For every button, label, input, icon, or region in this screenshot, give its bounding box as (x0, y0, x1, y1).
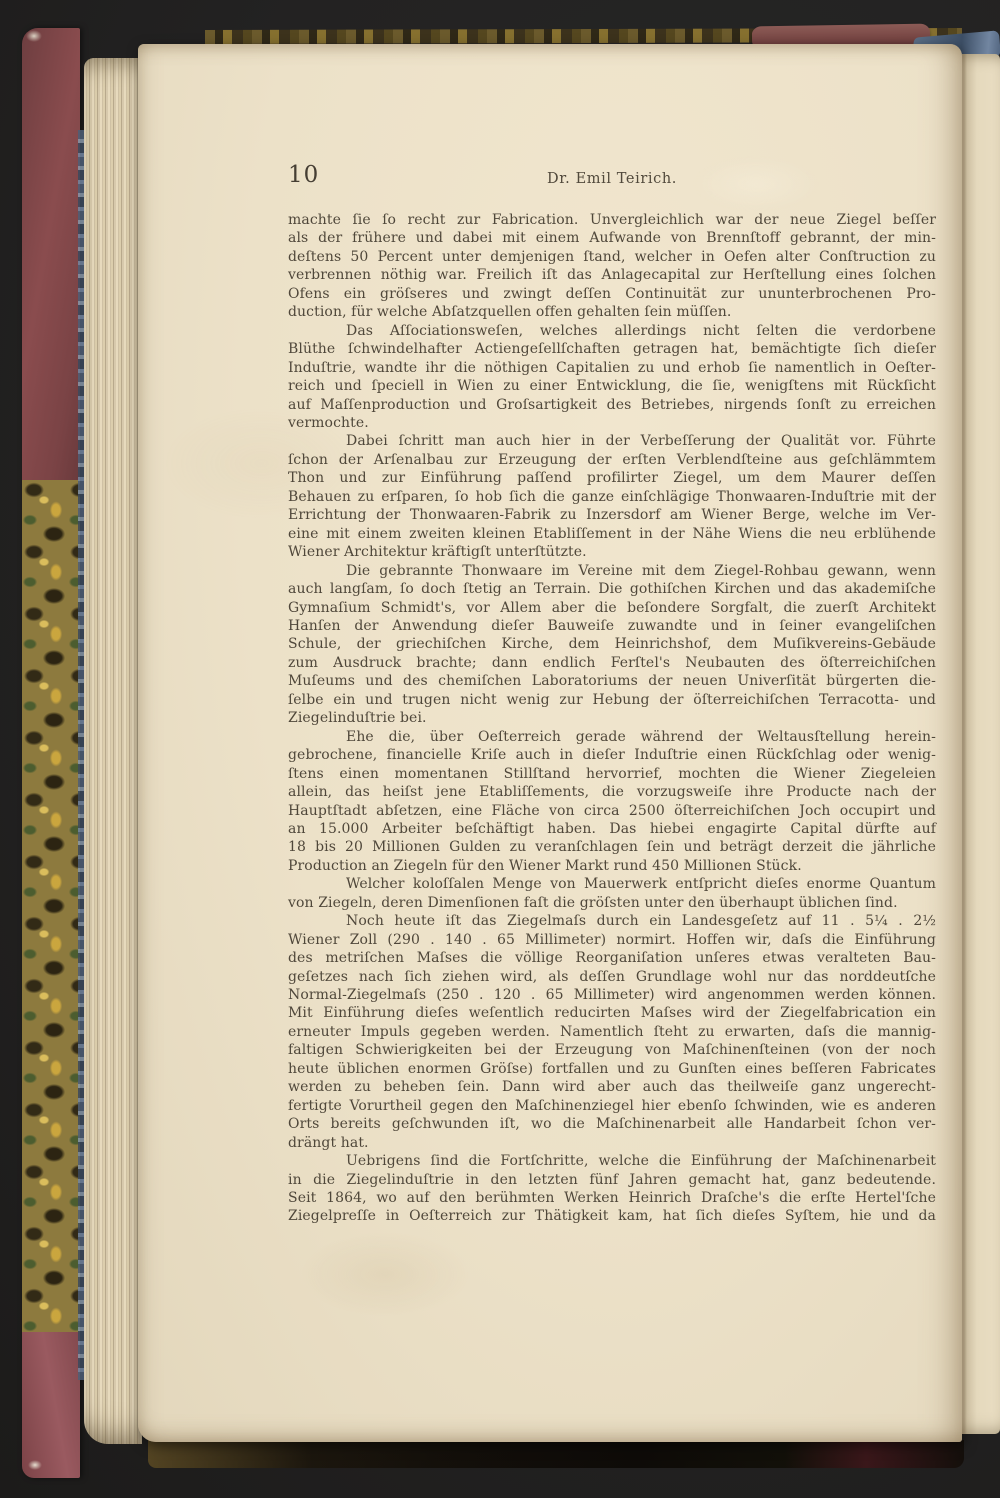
page-number: 10 (288, 162, 319, 188)
text-line: Seit 1864, wo auf den berühmten Werken H… (288, 1189, 936, 1207)
text-line: Schule, der griechiſchen Kirche, dem Hei… (288, 635, 936, 653)
text-line: verbrennen nöthig war. Freilich iſt das … (288, 266, 936, 284)
leather-corner-bottom (22, 1332, 80, 1478)
text-line: allein, das heiſst jene Etabliſſements, … (288, 783, 936, 801)
text-line: Ofens ein gröſseres und zwingt deſſen Co… (288, 285, 936, 303)
text-line: Normal-Ziegelmaſs (250 . 120 . 65 Millim… (288, 986, 936, 1004)
book-page: 10 Dr. Emil Teirich. machte ſie ſo recht… (138, 44, 962, 1442)
text-line: vermochte. (288, 414, 936, 432)
text-line: Hauptſtadt abſetzen, eine Fläche von cir… (288, 802, 936, 820)
text-line: Thon und zur Einführung paſſend profilir… (288, 469, 936, 487)
text-line: auf Maſſenproduction und Groſsartigkeit … (288, 396, 936, 414)
text-line: geſetzes nach ſich ziehen wird, als deſſ… (288, 968, 936, 986)
paragraph: Dabei ſchritt man auch hier in der Verbe… (288, 432, 936, 561)
text-line: Behauen zu erſparen, ſo hob ſich die gan… (288, 488, 936, 506)
text-line: Blüthe ſchwindelhafter Actiengeſellſchaf… (288, 340, 936, 358)
text-line: deſtens 50 Percent unter demjenigen ſtan… (288, 248, 936, 266)
next-page-edge (962, 54, 1000, 1434)
text-line: auch langſam, ſo doch ſtetig an Terrain.… (288, 580, 936, 598)
text-line: Wiener Zoll (290 . 140 . 65 Millimeter) … (288, 931, 936, 949)
text-line: fertigte Vorurtheil gegen den Maſchinenz… (288, 1097, 936, 1115)
text-line: 18 bis 20 Millionen Gulden zu veranſchla… (288, 838, 936, 856)
text-line: Dabei ſchritt man auch hier in der Verbe… (288, 432, 936, 450)
page-header: 10 Dr. Emil Teirich. (288, 164, 936, 187)
book-cover-left-edge (22, 28, 80, 1478)
page-stack-edges (84, 58, 142, 1444)
paragraph: Uebrigens ſind die Fortſchritte, welche … (288, 1152, 936, 1226)
text-line: Die gebrannte Thonwaare im Vereine mit d… (288, 562, 936, 580)
text-line: ſelbe ein und trugen nicht wenig zur Heb… (288, 691, 936, 709)
body-text: machte ſie ſo recht zur Fabrication. Unv… (288, 211, 936, 1226)
text-line: des metriſchen Maſses die völlige Reorga… (288, 949, 936, 967)
text-line: von Ziegeln, deren Dimenſionen faſt die … (288, 894, 936, 912)
text-line: Wiener Architektur kräftigſt unterſtützt… (288, 543, 936, 561)
text-line: Noch heute iſt das Ziegelmaſs durch ein … (288, 912, 936, 930)
text-line: reich und ſpeciell in Wien zu einer Entw… (288, 377, 936, 395)
text-line: Hanſen der Anwendung dieſer Bauweiſe zuw… (288, 617, 936, 635)
cover-bottom-edge (148, 1440, 964, 1468)
running-title: Dr. Emil Teirich. (288, 164, 936, 187)
marbled-cover-paper (22, 480, 80, 1332)
text-line: werden zu beheben ſein. Dann wird aber a… (288, 1078, 936, 1096)
text-line: Errichtung der Thonwaaren-Fabrik zu Inze… (288, 506, 936, 524)
text-line: drängt hat. (288, 1134, 936, 1152)
text-line: machte ſie ſo recht zur Fabrication. Unv… (288, 211, 936, 229)
text-line: zum Ausdruck brachte; dann endlich Ferſt… (288, 654, 936, 672)
paragraph: Noch heute iſt das Ziegelmaſs durch ein … (288, 912, 936, 1152)
text-line: Orts bereits geſchwunden iſt, wo die Maſ… (288, 1115, 936, 1133)
text-line: Mit Einführung dieſes weſentlich reducir… (288, 1004, 936, 1022)
text-line: an 15.000 Arbeiter beſchäftigt haben. Da… (288, 820, 936, 838)
text-line: in die Ziegelinduſtrie in den letzten fü… (288, 1171, 936, 1189)
text-line: Ehe die, über Oeſterreich gerade während… (288, 728, 936, 746)
text-line: Das Aſſociationsweſen, welches allerding… (288, 322, 936, 340)
text-line: erneuter Impuls gegeben werden. Namentli… (288, 1023, 936, 1041)
book-photograph: 10 Dr. Emil Teirich. machte ſie ſo recht… (0, 0, 1000, 1498)
text-line: Uebrigens ſind die Fortſchritte, welche … (288, 1152, 936, 1170)
text-line: Gymnaſium Schmidt's, vor Allem aber die … (288, 599, 936, 617)
text-line: als der frühere und dabei mit einem Aufw… (288, 229, 936, 247)
text-line: ſtens einen momentanen Stillſtand hervor… (288, 765, 936, 783)
leather-corner-top (22, 28, 80, 480)
paragraph: Die gebrannte Thonwaare im Vereine mit d… (288, 562, 936, 728)
paragraph: Welcher koloſſalen Menge von Mauerwerk e… (288, 875, 936, 912)
text-line: Muſeums und des chemiſchen Laboratoriums… (288, 672, 936, 690)
text-line: Welcher koloſſalen Menge von Mauerwerk e… (288, 875, 936, 893)
text-line: gebrochene, financielle Kriſe auch in di… (288, 746, 936, 764)
paragraph: Ehe die, über Oeſterreich gerade während… (288, 728, 936, 876)
text-line: ſchon der Arſenalbau zur Erzeugung der e… (288, 451, 936, 469)
text-line: faltigen Schwierigkeiten bei der Erzeugu… (288, 1041, 936, 1059)
text-line: Induſtrie, wandte ihr die nöthigen Capit… (288, 359, 936, 377)
paragraph: Das Aſſociationsweſen, welches allerding… (288, 322, 936, 433)
text-line: Production an Ziegeln für den Wiener Mar… (288, 857, 936, 875)
paragraph: machte ſie ſo recht zur Fabrication. Unv… (288, 211, 936, 322)
text-line: heute üblichen enormen Gröſse) fortfalle… (288, 1060, 936, 1078)
text-line: Ziegelpreſſe in Oeſterreich zur Thätigke… (288, 1207, 936, 1225)
text-line: duction, für welche Abſatzquellen offen … (288, 303, 936, 321)
text-line: eine mit einem zweiten kleinen Etabliſſe… (288, 525, 936, 543)
text-line: Ziegelinduſtrie bei. (288, 709, 936, 727)
